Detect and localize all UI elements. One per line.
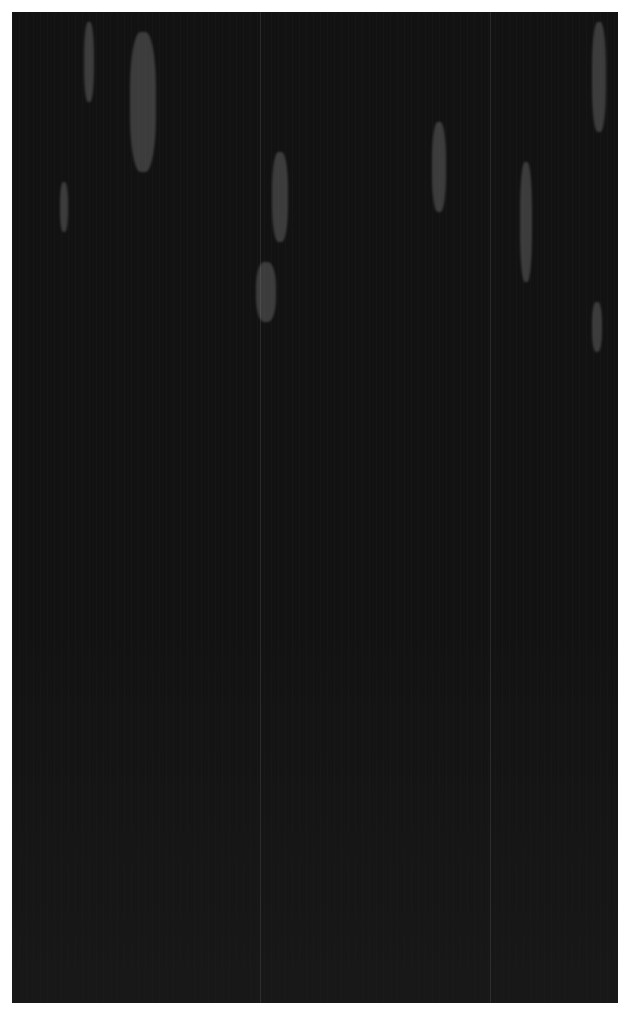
wear-mark: [84, 22, 94, 102]
wear-mark: [520, 162, 532, 282]
wear-mark: [432, 122, 446, 212]
wear-mark: [60, 182, 68, 232]
wear-mark: [592, 22, 606, 132]
vertical-scratch-line: [490, 12, 491, 1003]
wear-mark: [130, 32, 156, 172]
wear-mark: [272, 152, 288, 242]
vertical-scratch-line: [260, 12, 261, 1003]
dark-textured-panel: [12, 12, 618, 1003]
wear-mark: [256, 262, 276, 322]
wear-mark: [592, 302, 602, 352]
